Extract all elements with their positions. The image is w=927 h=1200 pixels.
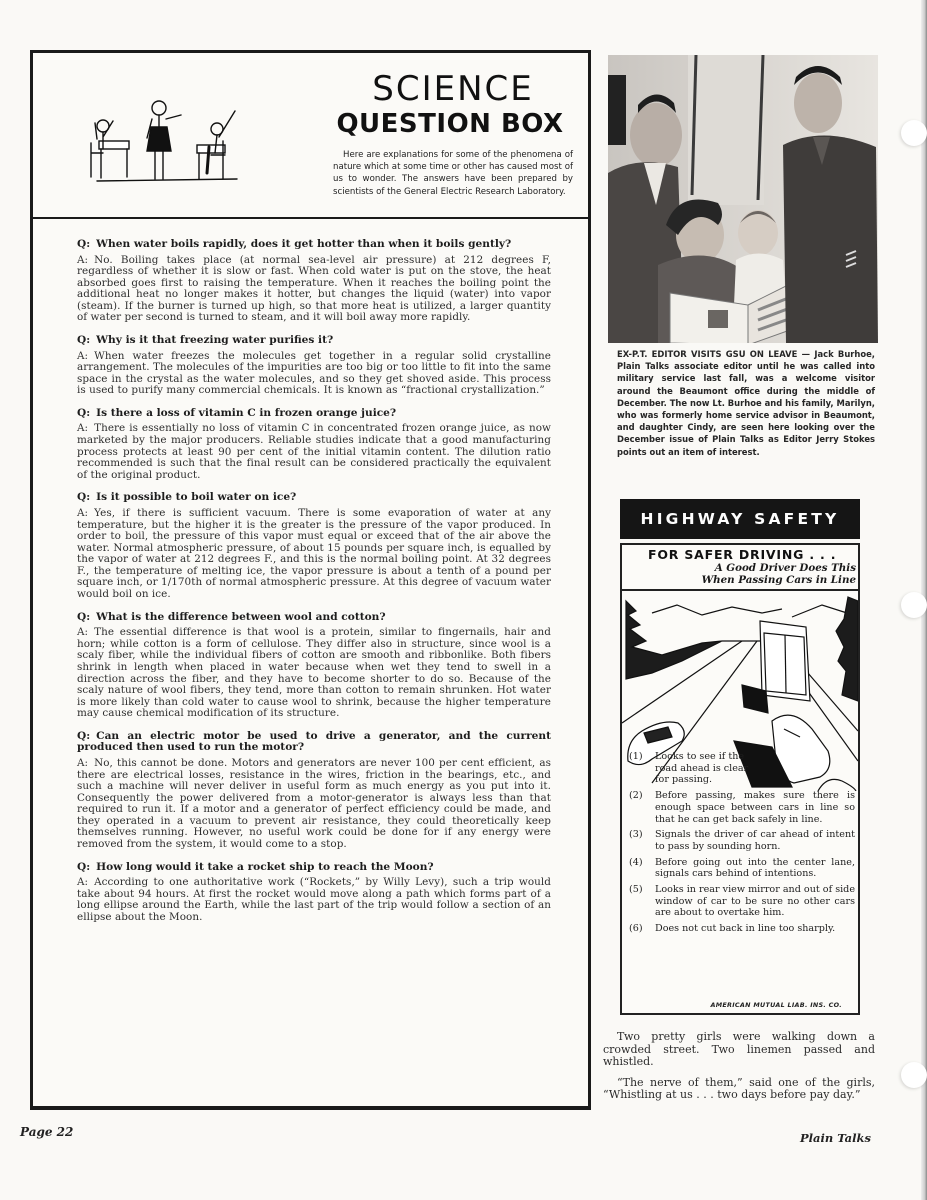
question: Q:Can an electric motor be used to drive… [77,731,551,754]
safety-step: (1) Looks to see if the road ahead is cl… [629,751,855,786]
question-box-header: SCIENCE QUESTION BOX Here are explanatio… [33,53,588,219]
teacher-students-illustration-icon [87,93,247,188]
safety-step: (4) Before going out into the center lan… [629,857,855,880]
answer: A:Yes, if there is sufficient vacuum. Th… [77,508,551,601]
qa-list: Q:When water boils rapidly, does it get … [77,239,551,935]
family-reading-photo-icon [608,55,878,343]
qa-item: Q:What is the difference between wool an… [77,612,551,720]
answer: A:The essential difference is that wool … [77,627,551,720]
qa-item: Q:When water boils rapidly, does it get … [77,239,551,324]
title-question-box: QUESTION BOX [319,109,581,139]
qa-item: Q:Is it possible to boil water on ice? A… [77,492,551,600]
question: Q:Is there a loss of vitamin C in frozen… [77,408,551,420]
highway-safety-box: FOR SAFER DRIVING . . . A Good Driver Do… [620,543,860,1015]
question: Q:What is the difference between wool an… [77,612,551,624]
punch-hole [901,1062,927,1088]
tagline-line-1: A Good Driver Does This [686,562,856,574]
question: Q:How long would it take a rocket ship t… [77,862,551,874]
safety-step: (3) Signals the driver of car ahead of i… [629,829,855,852]
safer-driving-heading: FOR SAFER DRIVING . . . [648,547,858,562]
punch-hole [901,120,927,146]
qa-item: Q:How long would it take a rocket ship t… [77,862,551,924]
caption-body: Jack Burhoe, Plain Talks associate edito… [617,349,875,457]
caption-headline: EX-P.T. EDITOR VISITS GSU ON LEAVE — [617,349,810,359]
punch-hole [901,592,927,618]
publication-name: Plain Talks [800,1131,871,1145]
safety-steps-list: (1) Looks to see if the road ahead is cl… [629,751,855,939]
answer: A:There is essentially no loss of vitami… [77,423,551,481]
qa-item: Q:Is there a loss of vitamin C in frozen… [77,408,551,481]
photo-caption: EX-P.T. EDITOR VISITS GSU ON LEAVE — Jac… [617,348,875,458]
answer: A:No, this cannot be done. Motors and ge… [77,758,551,851]
question: Q:Why is it that freezing water purifies… [77,335,551,347]
insurance-credit: AMERICAN MUTUAL LIAB. INS. CO. [710,1001,842,1009]
highway-safety-banner: HIGHWAY SAFETY [620,499,860,539]
safety-step: (5) Looks in rear view mirror and out of… [629,884,855,919]
qa-item: Q:Why is it that freezing water purifies… [77,335,551,397]
title-science: SCIENCE [333,69,573,109]
tagline-line-2: When Passing Cars in Line [686,574,856,586]
answer: A:According to one authoritative work (“… [77,877,551,923]
intro-text: Here are explanations for some of the ph… [333,149,573,198]
joke-filler: Two pretty girls were walking down a cro… [603,1031,875,1110]
question: Q:When water boils rapidly, does it get … [77,239,551,251]
safety-step: (6) Does not cut back in line too sharpl… [629,923,855,935]
family-photo [608,55,878,343]
answer: A:No. Boiling takes place (at normal sea… [77,255,551,325]
answer: A:When water freezes the molecules get t… [77,351,551,397]
question: Q:Is it possible to boil water on ice? [77,492,551,504]
joke-paragraph: “The nerve of them,” said one of the gir… [603,1077,875,1102]
qa-item: Q:Can an electric motor be used to drive… [77,731,551,851]
joke-paragraph: Two pretty girls were walking down a cro… [603,1031,875,1069]
safety-step: (2) Before passing, makes sure there is … [629,790,855,825]
page-number: Page 22 [20,1125,73,1139]
science-question-box: SCIENCE QUESTION BOX Here are explanatio… [30,50,591,1110]
